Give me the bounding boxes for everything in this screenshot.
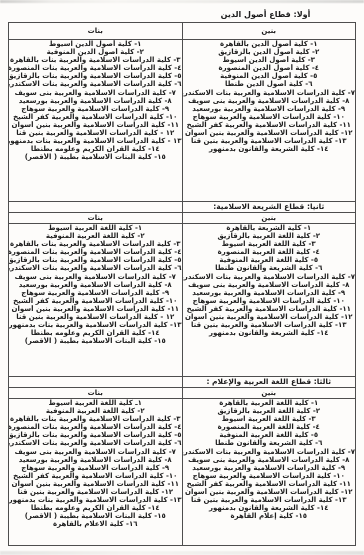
section-2-title-empty-cell	[9, 202, 183, 213]
faculty-list-item: ١٤- كلية الشريعة والقانون بدمنهور	[183, 504, 356, 512]
faculty-list-item: ٥- كلية الدراسات الاسلامية والعربية بنات…	[9, 72, 182, 80]
faculty-list-item: ٣- كلية أصول الدين اسيوط	[183, 56, 356, 64]
faculty-list-item: ١١- كلية الدراسات الاسلامية والعربية كفر…	[183, 480, 356, 488]
faculty-list-item: ١٢- كلية الدراسات الاسلامية والعربية بني…	[183, 129, 356, 137]
faculty-list-item: ٩- كلية الدراسات الاسلامية والعربية بورس…	[183, 464, 356, 472]
faculty-list-item: ٤- كلية الدراسات الاسلامية والعربية بنات…	[9, 423, 182, 431]
section-1-boys-list: ١- كلية أصول الدين بالقاهرة٢- كلية أصول …	[182, 40, 356, 202]
faculty-list-item: ١- كلية أصول الدين بالقاهرة	[183, 40, 356, 48]
faculty-list-item: ١٢ - كلية الدراسات الاسلامية والعربية بن…	[9, 313, 182, 321]
faculty-list-item: ٩- كلية الدراسات الاسلامية والعربية سوها…	[9, 464, 182, 472]
section-3-girls-header: بنات	[9, 388, 183, 399]
faculty-list-item: ٨- كلية الدراسات الاسلامية والعربية بورس…	[9, 456, 182, 464]
section-3-boys-header: بنين	[182, 388, 356, 399]
faculty-list-item: ١٠- كلية الدراسات الاسلامية والعربية كفر…	[9, 297, 182, 305]
faculty-list-item: ١٠- كلية الدراسات الاسلامية والعربية سوه…	[183, 113, 356, 121]
faculty-list-item: ١- كلية اللغة العربية اسيوط	[9, 224, 182, 232]
faculty-list-item: ٣- كلية الدراسات الاسلامية والعربية بنات…	[9, 240, 182, 248]
faculty-list-item: ١٠- كلية الدراسات الاسلامية والعربية كفر…	[9, 113, 182, 121]
faculty-list-item: ١٥- كلية البنات الاسلامية بطيبة ( الأقصر…	[9, 512, 182, 520]
faculty-list-item: ٩- كلية الدراسات الاسلامية والعربية بورس…	[183, 289, 356, 297]
faculty-list-item: ٤- كلية اللغة العربية المنصورة	[183, 248, 356, 256]
section-2-column-header-row: بنين بنات	[9, 213, 356, 224]
faculty-list-item: ١٢- كلية الدراسات الاسلامية والعربية بني…	[9, 488, 182, 496]
faculties-table: بنين بنات ١- كلية أصول الدين بالقاهرة٢- …	[8, 22, 356, 546]
faculty-list-item: ٣- كلية الدراسات الاسلامية والعربية بنات…	[9, 56, 182, 64]
faculty-list-item: ٦- كلية أصول الدين طنطا	[183, 80, 356, 88]
faculty-list-item: ٢- كلية اللغة العربية المنوفية	[9, 407, 182, 415]
faculty-list-item: ٤- كلية اللغة العربية المنصورة	[183, 423, 356, 431]
faculty-list-item: ١١- كلية الدراسات الاسلامية والعربية بني…	[9, 121, 182, 129]
faculty-list-item: ١٦- كلية الاعلام بالقاهرة	[9, 520, 182, 528]
faculty-list-item: ١٠- كلية الدراسات الاسلامية والعربية سوه…	[183, 472, 356, 480]
section-2-title: ثانيا: قطاع الشريعة الاسلامية:	[182, 202, 356, 213]
faculty-list-item: ١- كلية أصول الدين اسيوط	[9, 40, 182, 48]
faculty-list-item: ٨- كلية الدراسات الاسلامية والعربية بنى …	[183, 97, 356, 105]
faculty-list-item: ٤- كلية الدراسات الاسلامية والعربية بنات…	[9, 64, 182, 72]
faculty-list-item: ٦- كلية الشريعة والقانون طنطا	[183, 264, 356, 272]
faculty-list-item: ٩- كلية الدراسات الاسلامية والعربية سوها…	[9, 105, 182, 113]
faculty-list-item: ٨- كلية الدراسات الاسلامية والعربية بورس…	[9, 97, 182, 105]
faculty-list-item: ١٢- كلية الدراسات الاسلامية والعربية بني…	[183, 313, 356, 321]
faculty-list-item: ١٣- كلية الدراسات الاسلامية والعربية بني…	[183, 496, 356, 504]
faculty-list-item: ١- كلية اللغة العربية بالقاهرة	[183, 399, 356, 407]
faculty-list-item: ٨- كلية الدراسات الاسلامية والعربية بنى …	[183, 456, 356, 464]
faculty-list-item: ٥- كلية الدراسات الاسلامية والعربية بنات…	[9, 256, 182, 264]
faculty-list-item: ٢- كلية اللغة العربية بالزقازيق	[183, 407, 356, 415]
faculty-list-item: ١٥- كلية البنات الاسلامية بطيبة ( الأقصر…	[9, 337, 182, 345]
section-1-body-row: ١- كلية أصول الدين بالقاهرة٢- كلية أصول …	[9, 40, 356, 202]
faculty-list-item: ٥- كلية الدراسات الاسلامية والعربية بنات…	[9, 431, 182, 439]
faculty-list-item: ١٢ - كلية الدراسات الاسلامية والعربية بن…	[9, 129, 182, 137]
faculty-list-item: ٦- كلية الدراسات الاسلامية والعربية بنات…	[9, 439, 182, 447]
faculty-list-item: ٨- كلية الدراسات الاسلامية والعربية بورس…	[9, 281, 182, 289]
faculty-list-item: ٦- كلية الدراسات الاسلامية والعربية بنات…	[9, 80, 182, 88]
faculty-list-item: ٣- كلية اللغة العربية اسيوط	[183, 415, 356, 423]
document-body: أولا: قطاع أصول الدين بنين بنات ١- كلية …	[8, 8, 356, 546]
section-1-boys-header: بنين	[182, 23, 356, 40]
faculty-list-item: ٢- كلية أصول الدين بالزقازيق	[183, 48, 356, 56]
section-1-column-header-row: بنين بنات	[9, 23, 356, 40]
faculty-list-item: ١٤- كلية الشريعة والقانون بدمنهور	[183, 145, 356, 153]
faculty-list-item: ٧- كلية الدراسات الاسلامية والعربية بنات…	[183, 448, 356, 456]
faculty-list-item: ١٤- كلية الشريعة والقانون بدمنهور	[183, 329, 356, 337]
faculty-list-item: ٢- كلية اللغة العربية بالزقازيق	[183, 232, 356, 240]
faculty-list-item: ٥- كلية اللغة العربية المنوفية	[183, 431, 356, 439]
faculty-list-item: ١٠- كلية الدراسات الاسلامية والعربية سوه…	[183, 297, 356, 305]
faculty-list-item: ٤- كلية أصول الدين المنصورة	[183, 64, 356, 72]
section-2-girls-list: ١- كلية اللغة العربية اسيوط٢- كلية اللغة…	[9, 224, 183, 377]
section-3-title: ثالثا: قطاع اللغة العربية والإعلام :	[182, 377, 356, 388]
faculty-list-item: ٧- كلية الدراسات الاسلامية والعربية بنات…	[183, 89, 356, 97]
section-3-boys-list: ١- كلية اللغة العربية بالقاهرة٢- كلية ال…	[182, 399, 356, 546]
faculty-list-item: ١١- كلية الدراسات الاسلامية والعربية بني…	[9, 305, 182, 313]
faculty-list-item: ١٣- كلية الدراسات الاسلامية والعربية بني…	[183, 321, 356, 329]
faculty-list-item: ١١- كلية الدراسات الاسلامية والعربية بني…	[9, 480, 182, 488]
section-3-column-header-row: بنين بنات	[9, 388, 356, 399]
scan-artifact-bottom	[0, 551, 364, 555]
faculty-list-item: ٢- كلية أصول الدين المنوفية	[9, 48, 182, 56]
section-1-title: أولا: قطاع أصول الدين	[175, 8, 356, 22]
faculty-list-item: ١٥- كلية البنات الاسلامية بطيبة ( الأقصر…	[9, 153, 182, 161]
faculty-list-item: ١٣ - كلية الدراسات الاسلامية والعربية بن…	[9, 137, 182, 145]
faculty-list-item: ٤- كلية الدراسات الاسلامية والعربية بنات…	[9, 248, 182, 256]
faculty-list-item: ١٤- كلية القرآن الكريم وعلومه بطنطا	[9, 329, 182, 337]
faculty-list-item: ١٤- كلية القرآن الكريم وعلومه بطنطا	[9, 145, 182, 153]
section-3-body-row: ١- كلية اللغة العربية بالقاهرة٢- كلية ال…	[9, 399, 356, 546]
section-2-boys-header: بنين	[182, 213, 356, 224]
faculty-list-item: ١٤- كلية القرآن الكريم وعلومه بطنطا	[9, 504, 182, 512]
section-2-boys-list: ١- كلية الشريعة بالقاهرة٢- كلية اللغة ال…	[182, 224, 356, 377]
faculty-list-item: ٦- كلية الدراسات الاسلامية والعربية بنات…	[9, 264, 182, 272]
faculty-list-item: ٩- كلية الدراسات الاسلامية والعربية سوها…	[9, 289, 182, 297]
faculty-list-item: ٥- كلية أصول الدين المنوفية	[183, 72, 356, 80]
section-1-girls-list: ١- كلية أصول الدين اسيوط٢- كلية أصول الد…	[9, 40, 183, 202]
faculty-list-item: ١٠- كلية الدراسات الاسلامية والعربية كفر…	[9, 472, 182, 480]
section-1-girls-header: بنات	[9, 23, 183, 40]
section-2-girls-header: بنات	[9, 213, 183, 224]
faculty-list-item: ١٥- كلية إعلام القاهرة	[183, 512, 356, 520]
faculty-list-item: ٩- كلية الدراسات الاسلامية والعربية بورس…	[183, 105, 356, 113]
scanned-document-page: أولا: قطاع أصول الدين بنين بنات ١- كلية …	[0, 0, 364, 555]
section-3-title-empty-cell	[9, 377, 183, 388]
section-3-girls-list: ١ـ كلية اللغة العربية اسيوط٢- كلية اللغة…	[9, 399, 183, 546]
faculty-list-item: ١٢- كلية الدراسات الاسلامية والعربية بني…	[183, 488, 356, 496]
faculty-list-item: ١١- كلية الدراسات الاسلامية والعربية كفر…	[183, 121, 356, 129]
faculty-list-item: ٧- كلية الدراسات الاسلامية والعربية بنى …	[9, 273, 182, 281]
faculty-list-item: ٣- كلية الدراسات الاسلامية والعربية بنات…	[9, 415, 182, 423]
faculty-list-item: ٧- كلية الدراسات الاسلامية والعربية بنى …	[9, 89, 182, 97]
faculty-list-item: ٣- كلية اللغة العربية اسيوط	[183, 240, 356, 248]
faculty-list-item: ٥- كلية اللغة العربية المنوفية	[183, 256, 356, 264]
faculty-list-item: ١- كلية الشريعة بالقاهرة	[183, 224, 356, 232]
faculty-list-item: ٨- كلية الدراسات الاسلامية والعربية بنى …	[183, 281, 356, 289]
section-2-body-row: ١- كلية الشريعة بالقاهرة٢- كلية اللغة ال…	[9, 224, 356, 377]
faculty-list-item: ١٣- كلية الدراسات الاسلامية والعربية بنا…	[9, 496, 182, 504]
faculty-list-item: ١٣- كلية الدراسات الاسلامية والعربية بنا…	[9, 321, 182, 329]
faculty-list-item: ١٣- كلية الدراسات الاسلامية والعربية بني…	[183, 137, 356, 145]
faculty-list-item: ٦- كلية الشريعة والقانون طنطا	[183, 439, 356, 447]
section-3-title-row: ثالثا: قطاع اللغة العربية والإعلام :	[9, 377, 356, 388]
faculty-list-item: ١ـ كلية اللغة العربية اسيوط	[9, 399, 182, 407]
faculty-list-item: ١١- كلية الدراسات الاسلامية والعربية كفر…	[183, 305, 356, 313]
faculty-list-item: ٢- كلية اللغة العربية المنوفية	[9, 232, 182, 240]
section-2-title-row: ثانيا: قطاع الشريعة الاسلامية:	[9, 202, 356, 213]
scan-artifact-top	[0, 0, 364, 3]
faculty-list-item: ٧- كلية الدراسات الاسلامية والعربية بنى …	[9, 448, 182, 456]
faculty-list-item: ٧- كلية الدراسات الاسلامية والعربية بنات…	[183, 273, 356, 281]
